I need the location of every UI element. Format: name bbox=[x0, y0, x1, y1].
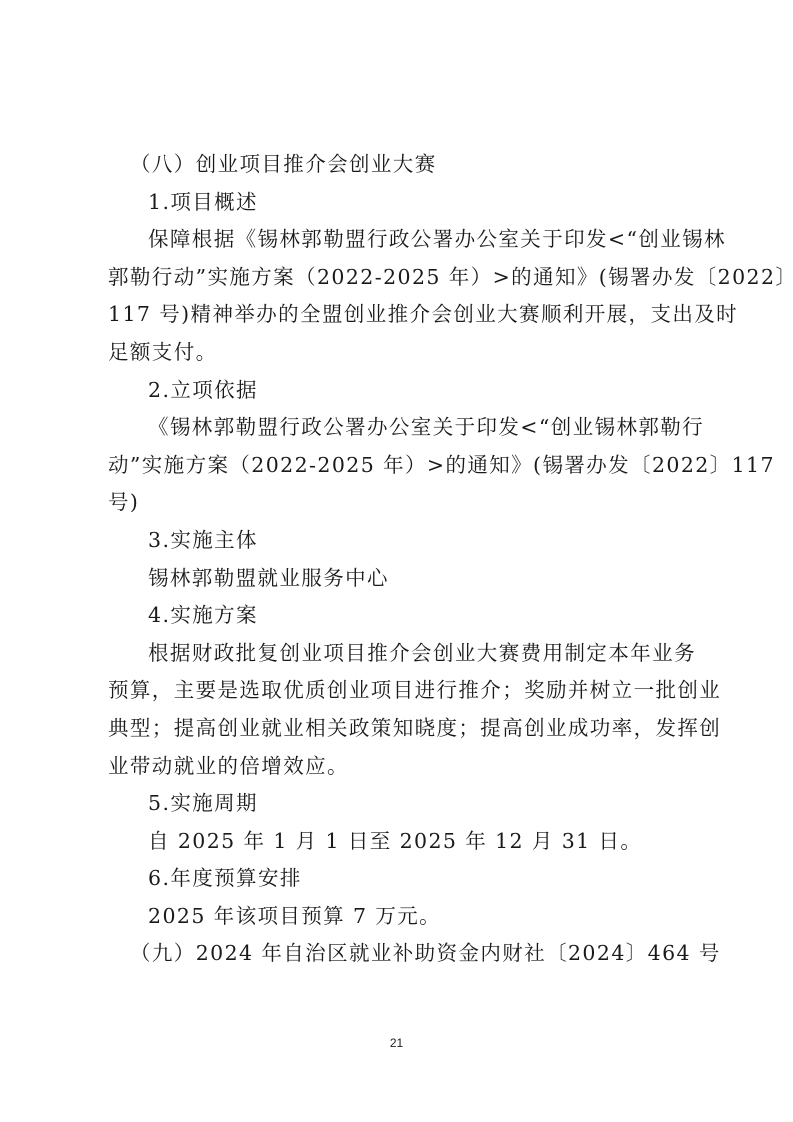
paragraph-line: 典型；提高创业就业相关政策知晓度；提高创业成功率，发挥创 bbox=[108, 710, 696, 748]
paragraph-line: 业带动就业的倍增效应。 bbox=[108, 748, 696, 786]
next-section-heading: （九）2024 年自治区就业补助资金内财社〔2024〕464 号 bbox=[108, 935, 696, 973]
paragraph-line: 自 2025 年 1 月 1 日至 2025 年 12 月 31 日。 bbox=[108, 823, 696, 861]
subsection-heading-entity: 3.实施主体 bbox=[108, 522, 696, 560]
subsection-heading-budget: 6.年度预算安排 bbox=[108, 860, 696, 898]
paragraph-line: 足额支付。 bbox=[108, 334, 696, 372]
subsection-heading-period: 5.实施周期 bbox=[108, 785, 696, 823]
paragraph-line: 根据财政批复创业项目推介会创业大赛费用制定本年业务 bbox=[108, 635, 696, 673]
paragraph-line: 郭勒行动”实施方案（2022-2025 年）>的通知》(锡署办发〔2022〕 bbox=[108, 259, 696, 297]
subsection-heading-plan: 4.实施方案 bbox=[108, 597, 696, 635]
paragraph-line: 2025 年该项目预算 7 万元。 bbox=[108, 898, 696, 936]
paragraph-line: 预算，主要是选取优质创业项目进行推介；奖励并树立一批创业 bbox=[108, 672, 696, 710]
paragraph-line: 锡林郭勒盟就业服务中心 bbox=[108, 560, 696, 598]
section-heading: （八）创业项目推介会创业大赛 bbox=[108, 146, 696, 184]
paragraph-line: 保障根据《锡林郭勒盟行政公署办公室关于印发<“创业锡林 bbox=[108, 221, 696, 259]
document-page: （八）创业项目推介会创业大赛 1.项目概述 保障根据《锡林郭勒盟行政公署办公室关… bbox=[108, 146, 696, 973]
subsection-heading-overview: 1.项目概述 bbox=[108, 184, 696, 222]
paragraph-line: 《锡林郭勒盟行政公署办公室关于印发<“创业锡林郭勒行 bbox=[108, 409, 696, 447]
page-number: 21 bbox=[0, 1036, 793, 1050]
paragraph-line: 号) bbox=[108, 484, 696, 522]
paragraph-line: 动”实施方案（2022-2025 年）>的通知》(锡署办发〔2022〕117 bbox=[108, 447, 696, 485]
subsection-heading-basis: 2.立项依据 bbox=[108, 372, 696, 410]
paragraph-line: 117 号)精神举办的全盟创业推介会创业大赛顺利开展，支出及时 bbox=[108, 296, 696, 334]
